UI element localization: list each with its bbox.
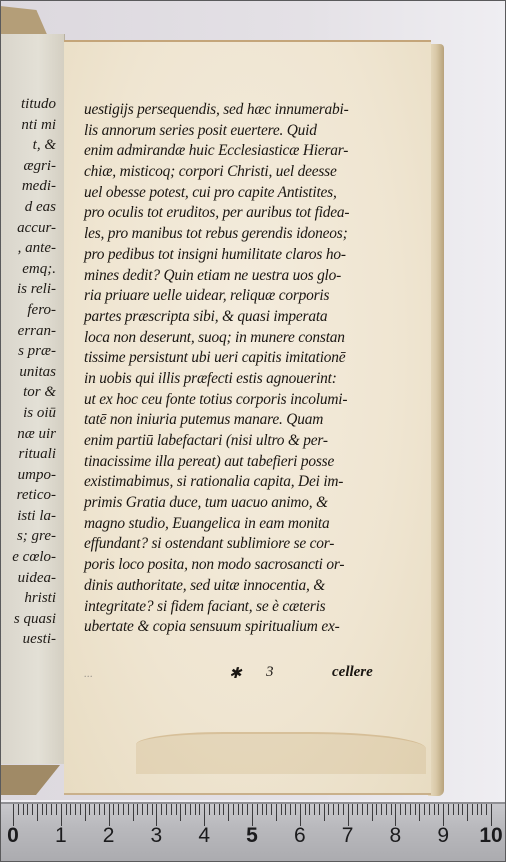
ruler-tick	[453, 804, 454, 815]
ruler-tick	[429, 804, 430, 815]
verso-line-fragment: uidea-	[0, 568, 56, 589]
signature-mark-icon: ✱	[229, 664, 242, 683]
ruler-tick	[70, 804, 71, 815]
ruler-tick	[290, 804, 291, 815]
ruler-tick	[285, 804, 286, 815]
ruler-tick	[314, 804, 315, 815]
smudged-text: ...	[84, 666, 93, 681]
ruler-tick	[252, 804, 253, 826]
verso-line-fragment: hristi	[0, 588, 56, 609]
text-line: chiæ, misticoq; corpori Christi, uel dee…	[84, 162, 384, 183]
ruler-tick	[434, 804, 435, 815]
ruler-tick	[242, 804, 243, 815]
verso-line-fragment: medi-	[0, 176, 56, 197]
ruler-tick	[185, 804, 186, 815]
text-line: uestigijs persequendis, sed hæc innumera…	[84, 100, 384, 121]
verso-line-fragment: is reli-	[0, 279, 56, 300]
ruler-tick	[85, 804, 86, 821]
ruler-tick	[266, 804, 267, 815]
ruler-tick	[37, 804, 38, 821]
ruler-tick	[443, 804, 444, 826]
text-line: ria priuare uelle uidear, reliquæ corpor…	[84, 286, 384, 307]
ruler-tick	[343, 804, 344, 815]
ruler-tick	[66, 804, 67, 815]
ruler-tick	[133, 804, 134, 821]
ruler-tick	[219, 804, 220, 815]
verso-line-fragment: erran-	[0, 321, 56, 342]
ruler-tick	[405, 804, 406, 815]
text-line: partes præscripta sibi, & quasi imperata	[84, 307, 384, 328]
ruler-label: 6	[294, 824, 306, 848]
ruler-label: 0	[7, 824, 19, 848]
text-line: poris loco posita, non modo sacrosancti …	[84, 555, 384, 576]
ruler-label: 2	[103, 824, 115, 848]
ruler-tick	[61, 804, 62, 826]
verso-line-fragment: fero-	[0, 300, 56, 321]
verso-line-fragment: titudo	[0, 94, 56, 115]
text-line: lis annorum series posit euertere. Quid	[84, 121, 384, 142]
ruler-tick	[300, 804, 301, 826]
ruler-tick	[56, 804, 57, 815]
verso-line-fragment: accur-	[0, 218, 56, 239]
ruler-tick	[190, 804, 191, 815]
verso-line-fragment: , ante-	[0, 238, 56, 259]
ruler-tick	[94, 804, 95, 815]
ruler-tick	[386, 804, 387, 815]
ruler-tick	[13, 804, 14, 826]
text-line: pro pedibus tot insigni humilitate claro…	[84, 245, 384, 266]
verso-line-fragment: e cœlo-	[0, 547, 56, 568]
ruler-tick	[161, 804, 162, 815]
ruler-tick	[166, 804, 167, 815]
ruler-tick	[233, 804, 234, 815]
signature-number: 3	[266, 664, 274, 681]
ruler-tick	[438, 804, 439, 815]
ruler-tick	[477, 804, 478, 815]
ruler-tick	[238, 804, 239, 815]
ruler-tick	[338, 804, 339, 815]
page-footer: ... ✱ 3 cellere	[84, 664, 384, 684]
ruler-tick	[271, 804, 272, 815]
ruler-tick	[80, 804, 81, 815]
text-line: integritate? si fidem faciant, se è cæte…	[84, 597, 384, 618]
verso-line-fragment: umpo-	[0, 465, 56, 486]
verso-line-fragment: næ uir	[0, 424, 56, 445]
ruler-tick	[137, 804, 138, 815]
verso-line-fragment: is oiū	[0, 403, 56, 424]
ruler-tick	[424, 804, 425, 815]
text-line: loca non deserunt, suoq; in munere const…	[84, 328, 384, 349]
ruler-tick	[199, 804, 200, 815]
text-line: les, pro manibus tot rebus gerendis idon…	[84, 224, 384, 245]
verso-line-fragment: unitas	[0, 362, 56, 383]
verso-line-fragment: emq;.	[0, 259, 56, 280]
verso-line-fragment: isti la-	[0, 506, 56, 527]
ruler-tick	[381, 804, 382, 815]
ruler-tick	[180, 804, 181, 821]
ruler-tick	[415, 804, 416, 815]
ruler-label: 9	[437, 824, 449, 848]
ruler-tick	[257, 804, 258, 815]
ruler-tick	[328, 804, 329, 815]
ruler-tick	[75, 804, 76, 815]
ruler-tick	[99, 804, 100, 815]
ruler-tick	[395, 804, 396, 826]
ruler-tick	[319, 804, 320, 815]
ruler-tick	[281, 804, 282, 815]
ruler-tick	[262, 804, 263, 815]
text-line: magno studio, Euangelica in eam monita	[84, 514, 384, 535]
text-line: primis Gratia duce, tum uacuo animo, &	[84, 493, 384, 514]
text-line: uel obesse potest, cui pro capite Antist…	[84, 183, 384, 204]
text-line: ut ex hoc ceu fonte totius corporis inco…	[84, 390, 384, 411]
text-line: effundant? si ostendant sublimiore se co…	[84, 534, 384, 555]
ruler-tick	[118, 804, 119, 815]
ruler-tick	[46, 804, 47, 815]
ruler-tick	[352, 804, 353, 815]
ruler-tick	[362, 804, 363, 815]
verso-line-fragment: tor &	[0, 382, 56, 403]
ruler-tick	[209, 804, 210, 815]
text-line: mines dedit? Quin etiam ne uestra uos gl…	[84, 266, 384, 287]
verso-line-fragment: s præ-	[0, 341, 56, 362]
ruler-tick	[123, 804, 124, 815]
ruler-tick	[89, 804, 90, 815]
ruler-tick	[481, 804, 482, 815]
ruler-tick	[142, 804, 143, 815]
ruler-tick	[32, 804, 33, 815]
text-line: enim admirandæ huic Ecclesiasticæ Hierar…	[84, 141, 384, 162]
verso-line-fragment: rituali	[0, 444, 56, 465]
ruler-tick	[51, 804, 52, 815]
ruler-tick	[467, 804, 468, 821]
ruler-tick	[333, 804, 334, 815]
ruler-label: 5	[246, 824, 258, 848]
ruler-tick	[228, 804, 229, 821]
ruler-label: 7	[342, 824, 354, 848]
ruler-tick	[27, 804, 28, 815]
ruler-tick	[419, 804, 420, 821]
ruler-tick	[472, 804, 473, 815]
ruler-tick	[295, 804, 296, 815]
ruler-tick	[42, 804, 43, 815]
text-line: enim partiū labefactari (nisi ultro & pe…	[84, 431, 384, 452]
text-line: tatē non iniuria putemus manare. Quam	[84, 410, 384, 431]
ruler-tick	[491, 804, 492, 826]
ruler-tick	[410, 804, 411, 815]
ruler-tick	[348, 804, 349, 826]
ruler-label: 8	[390, 824, 402, 848]
ruler-tick	[147, 804, 148, 815]
ruler-tick	[324, 804, 325, 821]
water-stain	[136, 732, 426, 774]
ruler-label: 3	[151, 824, 163, 848]
ruler-tick	[400, 804, 401, 815]
ruler-tick	[156, 804, 157, 826]
verso-line-fragment: t, &	[0, 135, 56, 156]
ruler-tick	[309, 804, 310, 815]
ruler-tick	[367, 804, 368, 815]
verso-text-fragments: titudonti mit, &ægri-medi-d easaccur-, a…	[0, 94, 60, 650]
ruler-tick	[372, 804, 373, 821]
ruler-label: 1	[55, 824, 67, 848]
verso-line-fragment: uesti-	[0, 629, 56, 650]
ruler-tick	[305, 804, 306, 815]
ruler-tick	[128, 804, 129, 815]
ruler-tick	[357, 804, 358, 815]
verso-line-fragment: nti mi	[0, 115, 56, 136]
text-line: tissime persistunt ubi ueri capitis imit…	[84, 348, 384, 369]
verso-line-fragment: ægri-	[0, 156, 56, 177]
ruler-tick	[214, 804, 215, 815]
catchword: cellere	[332, 664, 373, 681]
text-line: pro oculis tot eruditos, per auribus tot…	[84, 203, 384, 224]
ruler-tick	[391, 804, 392, 815]
verso-line-fragment: d eas	[0, 197, 56, 218]
ruler-tick	[195, 804, 196, 815]
ruler-tick	[486, 804, 487, 815]
ruler-tick	[104, 804, 105, 815]
ruler-tick	[109, 804, 110, 826]
ruler-tick	[18, 804, 19, 815]
measurement-ruler: 012345678910	[0, 802, 506, 862]
ruler-tick	[204, 804, 205, 826]
text-line: existimabimus, si rationalia capita, Dei…	[84, 472, 384, 493]
ruler-tick	[152, 804, 153, 815]
text-line: tinacissime illa pereat) aut tabefieri p…	[84, 452, 384, 473]
ruler-tick	[23, 804, 24, 815]
text-line: ubertate & copia sensuum spiritualium ex…	[84, 617, 384, 638]
ruler-tick	[113, 804, 114, 815]
recto-text-block: uestigijs persequendis, sed hæc innumera…	[84, 100, 384, 638]
ruler-tick	[462, 804, 463, 815]
ruler-tick	[171, 804, 172, 815]
verso-line-fragment: s; gre-	[0, 526, 56, 547]
ruler-tick	[223, 804, 224, 815]
ruler-tick	[176, 804, 177, 815]
text-line: dinis authoritate, sed uitæ innocentia, …	[84, 576, 384, 597]
ruler-tick	[247, 804, 248, 815]
verso-line-fragment: s quasi	[0, 609, 56, 630]
ruler-label: 4	[198, 824, 210, 848]
ruler-tick	[458, 804, 459, 815]
text-line: in uobis qui illis præfecti estis agnoue…	[84, 369, 384, 390]
ruler-tick	[448, 804, 449, 815]
verso-line-fragment: retico-	[0, 485, 56, 506]
ruler-tick	[276, 804, 277, 821]
ruler-label: 10	[479, 824, 502, 848]
ruler-tick	[376, 804, 377, 815]
